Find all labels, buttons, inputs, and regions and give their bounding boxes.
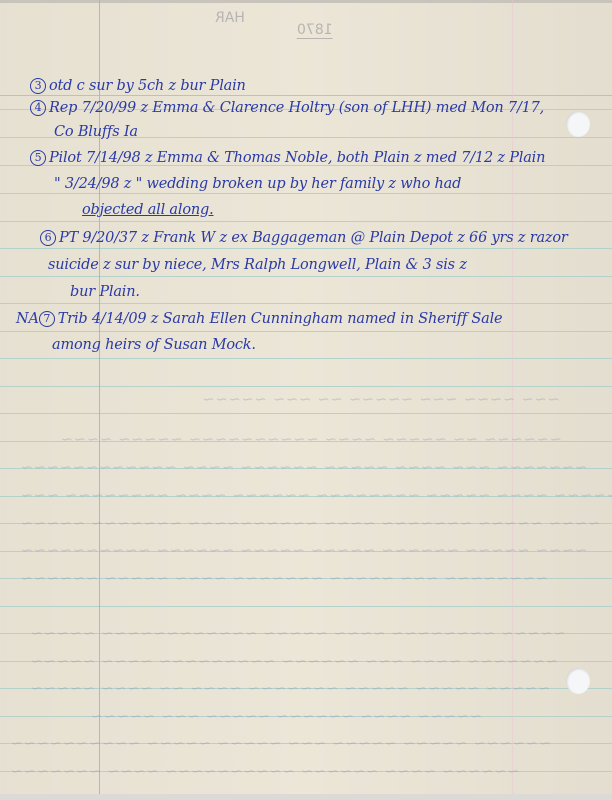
entry-5: 5Pilot 7/14/98 z Emma & Thomas Noble, bo… [30,150,545,166]
entry-4-continued: Co Bluffs Ia [54,124,138,140]
ruling-line [0,413,612,414]
header-year-bleedthrough: 1870 [297,22,333,39]
bleedthrough-texture: ~~~~~~ ~~~~ ~~~~~~ ~~~~~~~~~~ ~~~~ ~~~~~… [10,762,520,780]
bleedthrough-texture: ~~~~~~ ~~ ~~~~~ ~~~~ ~~~~~~~~~~ ~~~~~ ~~… [60,430,562,448]
entry-line: Pilot 7/14/98 z Emma & Thomas Noble, bot… [49,150,545,166]
entry-line: Rep 7/20/99 z Emma & Clarence Holtry (so… [49,100,544,116]
ruling-line [0,386,612,387]
entry-number-circle: 4 [30,100,46,116]
bleedthrough-texture: ~~~~~~~~ ~~~ ~~~~~ ~~~~~~~ ~~~~ ~~~~~ ~~… [20,569,548,587]
bleedthrough-texture: ~~~~~~ ~~~~~ ~~~~~ ~~~ ~~~~~ ~~~~~ ~~~~~… [10,734,551,752]
punch-hole [566,111,590,137]
entry-number-circle: 3 [30,78,46,94]
bleedthrough-texture: ~~~~ ~~~~~ ~~~~~~~ ~~~~ ~~~~~~~~~~ ~~~~~… [20,514,600,532]
entry-5-continued: objected all along. [82,202,213,218]
header-initials-bleedthrough: HAR [215,10,245,26]
ruling-line [0,303,612,304]
bleedthrough-texture: ~~~~~ ~~~~~~~~ ~~~~ ~~~~~ ~~~~~~~~~~~~ ~… [30,624,566,642]
entry-4: 4Rep 7/20/99 z Emma & Clarence Holtry (s… [30,100,544,116]
ruling-line [0,276,612,277]
entry-7: NA7Trib 4/14/09 z Sarah Ellen Cunningham… [16,311,502,327]
ruling-line [0,606,612,607]
entry-3: 3otd c sur by 5ch z bur Plain [30,78,246,94]
bleedthrough-texture: ~~~~~~~ ~~~~ ~~~ ~~~~~~ ~~~~~~~~~ ~~~~ ~… [30,652,558,670]
entry-prefix: NA [16,311,39,327]
scan-edge-top [0,0,612,3]
entry-line: otd c sur by 5ch z bur Plain [49,78,246,94]
bleedthrough-texture: ~~~~~ ~~~~~ ~~~~~ ~~~~~~~ ~~~~ ~~ ~~~~ ~… [30,679,550,697]
entry-5-continued: " 3/24/98 z " wedding broken up by her f… [54,176,461,192]
scan-edge-bottom [0,794,612,800]
entry-6: 6PT 9/20/37 z Frank W z ex Baggageman @ … [40,230,568,246]
bleedthrough-texture: ~~~~~ ~~~~ ~~~~~~ ~~~~~ ~~~ ~~~~~ [90,707,482,725]
ruling-line [0,221,612,222]
bleedthrough-texture: ~~~~ ~~~~~ ~~~~~~ ~~~~~ ~~~~~ ~~~~~~ ~~~… [20,541,587,559]
ruling-line [0,193,612,194]
ruling-line [0,331,612,332]
entry-6-continued: bur Plain. [70,284,140,300]
bleedthrough-texture: ~~~~~~~ ~~~ ~~~~ ~~~~~ ~~~~~~ ~~~~ ~~~~~… [20,458,587,476]
entry-number-circle: 7 [39,311,55,327]
ruling-line [0,358,612,359]
notebook-page: HAR 1870 ~~~ ~~~~ ~~~ ~~~~~ ~~ ~~~ ~~~~~… [0,0,612,800]
entry-number-circle: 5 [30,150,46,166]
ruling-line [0,248,612,249]
entry-6-continued: suicide z sur by niece, Mrs Ralph Longwe… [48,257,467,273]
punch-hole [566,668,590,694]
bleedthrough-texture: ~~~~~ ~~~~ ~~~~~ ~~~~~~~~ ~~~~~~ ~~~~ ~~… [20,486,612,504]
entry-number-circle: 6 [40,230,56,246]
entry-7-continued: among heirs of Susan Mock. [52,337,256,353]
bleedthrough-texture: ~~~ ~~~~ ~~~ ~~~~~ ~~ ~~~ ~~~~~ [40,390,560,411]
ruling-line [0,95,612,96]
entry-line: PT 9/20/37 z Frank W z ex Baggageman @ P… [59,230,568,246]
entry-line: Trib 4/14/09 z Sarah Ellen Cunningham na… [58,311,503,327]
